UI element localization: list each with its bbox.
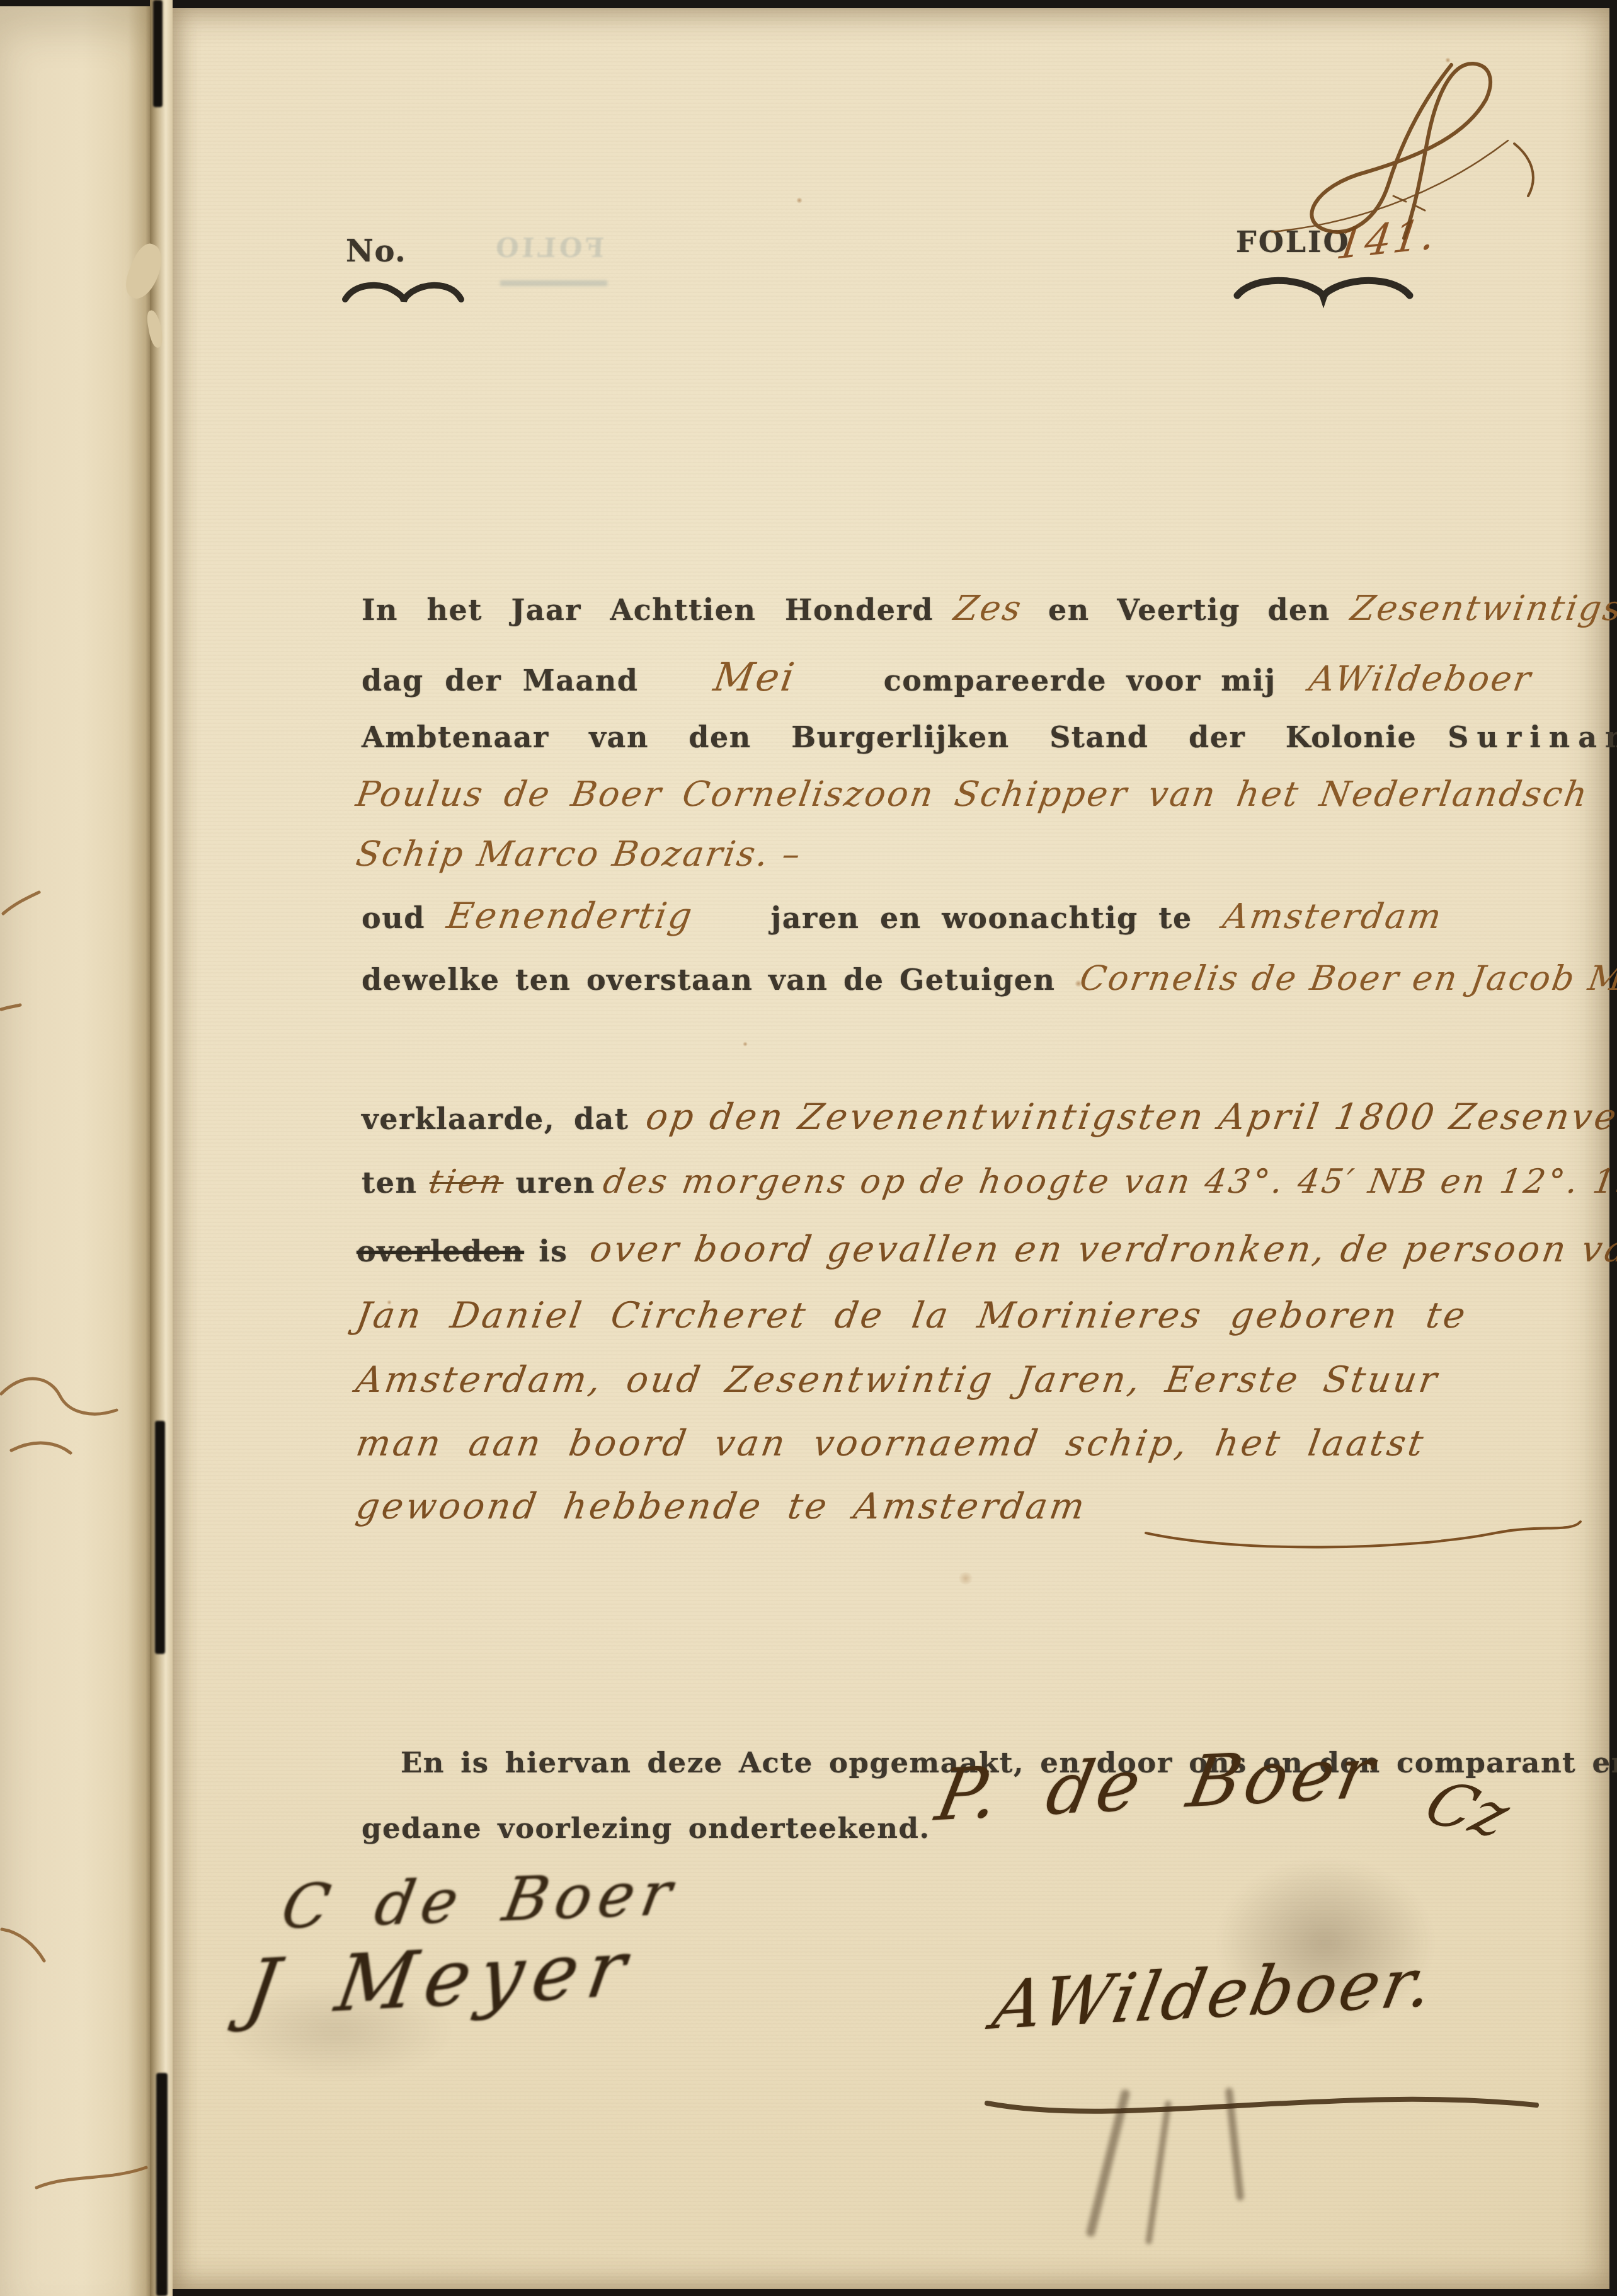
act-line: Amsterdam, oud Zesentwintig Jaren, Eerst… — [357, 1359, 1439, 1401]
handwritten-text: man aan boord van voornaemd schip, het l… — [353, 1423, 1429, 1464]
gutter-shadow — [156, 2073, 168, 2296]
handwritten-text: Amsterdam, oud Zesentwintig Jaren, Eerst… — [353, 1359, 1443, 1401]
adjacent-page-ink-marks — [0, 0, 151, 2296]
notary-paraph-flourish-mark — [1243, 40, 1617, 311]
foxing-spot — [1075, 980, 1082, 987]
printed-text: oud — [362, 901, 425, 935]
printed-text: gedane voorlezing onderteekend. — [362, 1811, 930, 1845]
line-end-flourish-mark — [1143, 1514, 1584, 1558]
handwritten-text-struck: tien — [426, 1163, 506, 1201]
handwritten-text: Mei — [711, 654, 799, 700]
act-line: man aan boord van voornaemd schip, het l… — [357, 1423, 1425, 1464]
handwritten-text: gewoond hebbende te Amsterdam — [353, 1486, 1090, 1527]
handwritten-text: op den Zevenentwintigsten April 1800 Zes… — [643, 1096, 1617, 1138]
printed-text: jaren en woonachtig te — [771, 901, 1192, 935]
printed-text: Ambtenaar van den Burgerlijken Stand der… — [362, 720, 1417, 754]
handwritten-text: Jan Daniel Circheret de la Morinieres ge… — [353, 1295, 1471, 1336]
gutter-shadow — [155, 1421, 165, 1654]
act-line: dewelke ten overstaan van de Getuigen Co… — [362, 958, 1617, 998]
act-line: In het Jaar Achttien Honderd Zes en Veer… — [362, 588, 1617, 628]
act-line: verklaarde, dat op den Zevenentwintigste… — [362, 1096, 1617, 1138]
printed-text: uren — [515, 1166, 595, 1200]
foxing-spot — [1445, 57, 1451, 63]
foxing-spot — [387, 1300, 392, 1305]
foxing-spot — [957, 1572, 974, 1585]
handwritten-text: Eenendertig — [444, 895, 697, 937]
signature-swash-mark — [982, 2069, 1549, 2138]
signature-comparant-paraph: Cz — [1415, 1769, 1521, 1851]
scanned-register-page: No. FOLIO FOLIO 141. In het Jaar Achttie… — [0, 0, 1617, 2296]
act-line: oud Eenendertig jaren en woonachtig te A… — [362, 895, 1443, 937]
printed-text: In het Jaar Achttien Honderd — [362, 593, 934, 627]
printed-text: is — [539, 1234, 568, 1268]
folio-ghost-bleedthrough: FOLIO — [492, 232, 605, 263]
printed-text: dag der Maand — [362, 663, 638, 697]
closing-line: gedane voorlezing onderteekend. — [362, 1811, 930, 1845]
handwritten-text: des morgens op de hoogte van 43°. 45′ NB… — [600, 1162, 1617, 1201]
printed-text: dewelke ten overstaan van de Getuigen — [362, 963, 1056, 997]
handwritten-text: Zes — [951, 588, 1026, 628]
printed-text-struck: overleden — [357, 1234, 524, 1268]
foxing-spot — [796, 197, 803, 204]
handwritten-text: Poulus de Boer Corneliszoon Schipper van… — [353, 774, 1592, 814]
folio-ghost-underline — [500, 280, 607, 286]
printed-text: compareerde voor mij — [884, 663, 1276, 697]
act-line: overleden is over boord gevallen en verd… — [357, 1229, 1617, 1270]
act-page: No. FOLIO FOLIO 141. In het Jaar Achttie… — [173, 8, 1609, 2289]
gutter-shadow — [153, 0, 163, 107]
act-line: dag der Maand Mei compareerde voor mij A… — [362, 654, 1532, 700]
act-line: Poulus de Boer Corneliszoon Schipper van… — [357, 774, 1589, 814]
no-label: No. — [346, 234, 406, 269]
handwritten-text: over boord gevallen en verdronken, de pe… — [586, 1229, 1617, 1270]
act-line: Ambtenaar van den Burgerlijken Stand der… — [362, 720, 1617, 754]
act-line: gewoond hebbende te Amsterdam — [357, 1486, 1087, 1527]
act-line: Schip Marco Bozaris. – — [357, 834, 802, 874]
handwritten-text: Zesentwintigsten — [1348, 588, 1617, 628]
printed-text: en Veertig den — [1048, 593, 1330, 627]
printed-text: Suriname, — [1448, 720, 1617, 754]
handwritten-text: Schip Marco Bozaris. – — [353, 834, 805, 874]
handwritten-text: AWildeboer — [1306, 658, 1535, 699]
act-line: ten tien uren des morgens op de hoogte v… — [362, 1162, 1617, 1201]
printed-text: verklaarde, dat — [362, 1102, 629, 1136]
foxing-spot — [743, 1042, 748, 1047]
brace-ornament-icon — [341, 278, 464, 307]
handwritten-text: Cornelis de Boer en Jacob Meyer — [1077, 958, 1617, 998]
handwritten-text: Amsterdam — [1220, 896, 1446, 936]
act-line: Jan Daniel Circheret de la Morinieres ge… — [357, 1295, 1467, 1336]
printed-text: ten — [362, 1166, 417, 1200]
